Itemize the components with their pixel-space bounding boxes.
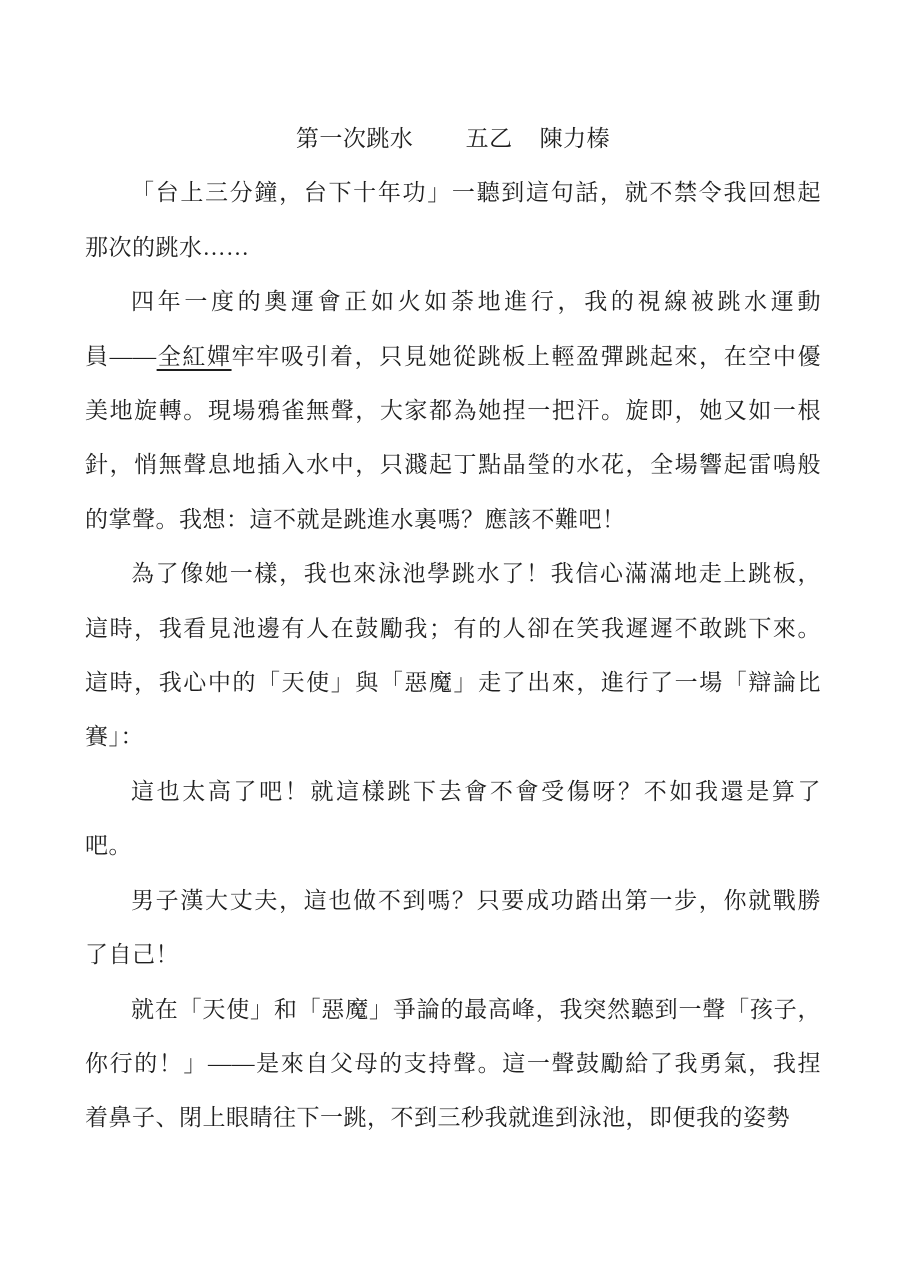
text-line: 「台上三分鐘，台下十年功」一聽到這句話，就不禁令我回想起	[85, 166, 821, 220]
text-segment: 賽」：	[85, 724, 144, 749]
essay-class-name: 五乙	[466, 126, 513, 151]
text-segment: 了自己！	[85, 942, 179, 967]
text-line: 這時，我看見池邊有人在鼓勵我；有的人卻在笑我遲遲不敢跳下來。	[85, 602, 821, 656]
essay-content: 第一次跳水 五乙 陳力榛 「台上三分鐘，台下十年功」一聽到這句話，就不禁令我回想…	[85, 112, 821, 1146]
text-line: 了自己！	[85, 928, 821, 982]
text-segment: 這也太高了吧！就這樣跳下去會不會受傷呀？不如我還是算了	[131, 779, 821, 804]
text-line: 着鼻子、閉上眼睛往下一跳，不到三秒我就進到泳池，即便我的姿勢	[85, 1091, 821, 1145]
essay-title: 第一次跳水	[296, 126, 414, 151]
text-line: 這也太高了吧！就這樣跳下去會不會受傷呀？不如我還是算了	[85, 765, 821, 819]
underlined-athlete-name: 全紅嬋	[157, 344, 232, 369]
text-line: 男子漢大丈夫，這也做不到嗎？只要成功踏出第一步，你就戰勝	[85, 874, 821, 928]
text-line: 這時，我心中的「天使」與「惡魔」走了出來，進行了一場「辯論比	[85, 656, 821, 710]
text-segment: 這時，我看見池邊有人在鼓勵我；有的人卻在笑我遲遲不敢跳下來。	[85, 616, 821, 641]
scanned-essay-page: 第一次跳水 五乙 陳力榛 「台上三分鐘，台下十年功」一聽到這句話，就不禁令我回想…	[0, 0, 905, 1280]
paragraph-3: 為了像她一樣，我也來泳池學跳水了！我信心滿滿地走上跳板，這時，我看見池邊有人在鼓…	[85, 547, 821, 765]
text-segment: 四年一度的奧運會正如火如荼地進行，我的視線被跳水運動	[131, 289, 821, 314]
text-line: 的掌聲。我想：這不就是跳進水裏嗎？應該不難吧！	[85, 493, 821, 547]
text-segment: 美地旋轉。現場鴉雀無聲，大家都為她捏一把汗。旋即，她又如一根	[85, 398, 821, 423]
text-segment: 牢牢吸引着，只見她從跳板上輕盈彈跳起來，在空中優	[232, 344, 821, 369]
text-segment: 你行的！」——是來自父母的支持聲。這一聲鼓勵給了我勇氣，我捏	[85, 1051, 821, 1076]
text-line: 針，悄無聲息地插入水中，只濺起丁點晶瑩的水花，全場響起雷鳴般	[85, 438, 821, 492]
text-segment: 「台上三分鐘，台下十年功」一聽到這句話，就不禁令我回想起	[131, 180, 821, 205]
text-segment: 針，悄無聲息地插入水中，只濺起丁點晶瑩的水花，全場響起雷鳴般	[85, 452, 821, 477]
text-segment: 為了像她一樣，我也來泳池學跳水了！我信心滿滿地走上跳板，	[131, 561, 821, 586]
paragraph-5: 男子漢大丈夫，這也做不到嗎？只要成功踏出第一步，你就戰勝了自己！	[85, 874, 821, 983]
text-segment: 這時，我心中的「天使」與「惡魔」走了出來，進行了一場「辯論比	[85, 670, 821, 695]
paragraph-6: 就在「天使」和「惡魔」爭論的最高峰，我突然聽到一聲「孩子，你行的！」——是來自父…	[85, 983, 821, 1146]
text-segment: 的掌聲。我想：這不就是跳進水裏嗎？應該不難吧！	[85, 507, 626, 532]
text-line: 美地旋轉。現場鴉雀無聲，大家都為她捏一把汗。旋即，她又如一根	[85, 384, 821, 438]
text-segment: 就在「天使」和「惡魔」爭論的最高峰，我突然聽到一聲「孩子，	[131, 997, 821, 1022]
text-segment: 吧。	[85, 833, 132, 858]
text-segment: 員——	[85, 344, 157, 369]
essay-heading: 第一次跳水 五乙 陳力榛	[85, 112, 821, 166]
paragraph-1: 「台上三分鐘，台下十年功」一聽到這句話，就不禁令我回想起那次的跳水……	[85, 166, 821, 275]
essay-body: 「台上三分鐘，台下十年功」一聽到這句話，就不禁令我回想起那次的跳水……四年一度的…	[85, 166, 821, 1145]
text-segment: 着鼻子、閉上眼睛往下一跳，不到三秒我就進到泳池，即便我的姿勢	[85, 1105, 790, 1130]
text-line: 賽」：	[85, 710, 821, 764]
text-line: 為了像她一樣，我也來泳池學跳水了！我信心滿滿地走上跳板，	[85, 547, 821, 601]
text-line: 你行的！」——是來自父母的支持聲。這一聲鼓勵給了我勇氣，我捏	[85, 1037, 821, 1091]
paragraph-4: 這也太高了吧！就這樣跳下去會不會受傷呀？不如我還是算了吧。	[85, 765, 821, 874]
paragraph-2: 四年一度的奧運會正如火如荼地進行，我的視線被跳水運動員——全紅嬋牢牢吸引着，只見…	[85, 275, 821, 547]
text-segment: 那次的跳水……	[85, 235, 250, 260]
text-segment: 男子漢大丈夫，這也做不到嗎？只要成功踏出第一步，你就戰勝	[131, 888, 821, 913]
text-line: 就在「天使」和「惡魔」爭論的最高峰，我突然聽到一聲「孩子，	[85, 983, 821, 1037]
text-line: 那次的跳水……	[85, 221, 821, 275]
essay-author: 陳力榛	[540, 126, 611, 151]
text-line: 四年一度的奧運會正如火如荼地進行，我的視線被跳水運動	[85, 275, 821, 329]
text-line: 吧。	[85, 819, 821, 873]
text-line: 員——全紅嬋牢牢吸引着，只見她從跳板上輕盈彈跳起來，在空中優	[85, 330, 821, 384]
